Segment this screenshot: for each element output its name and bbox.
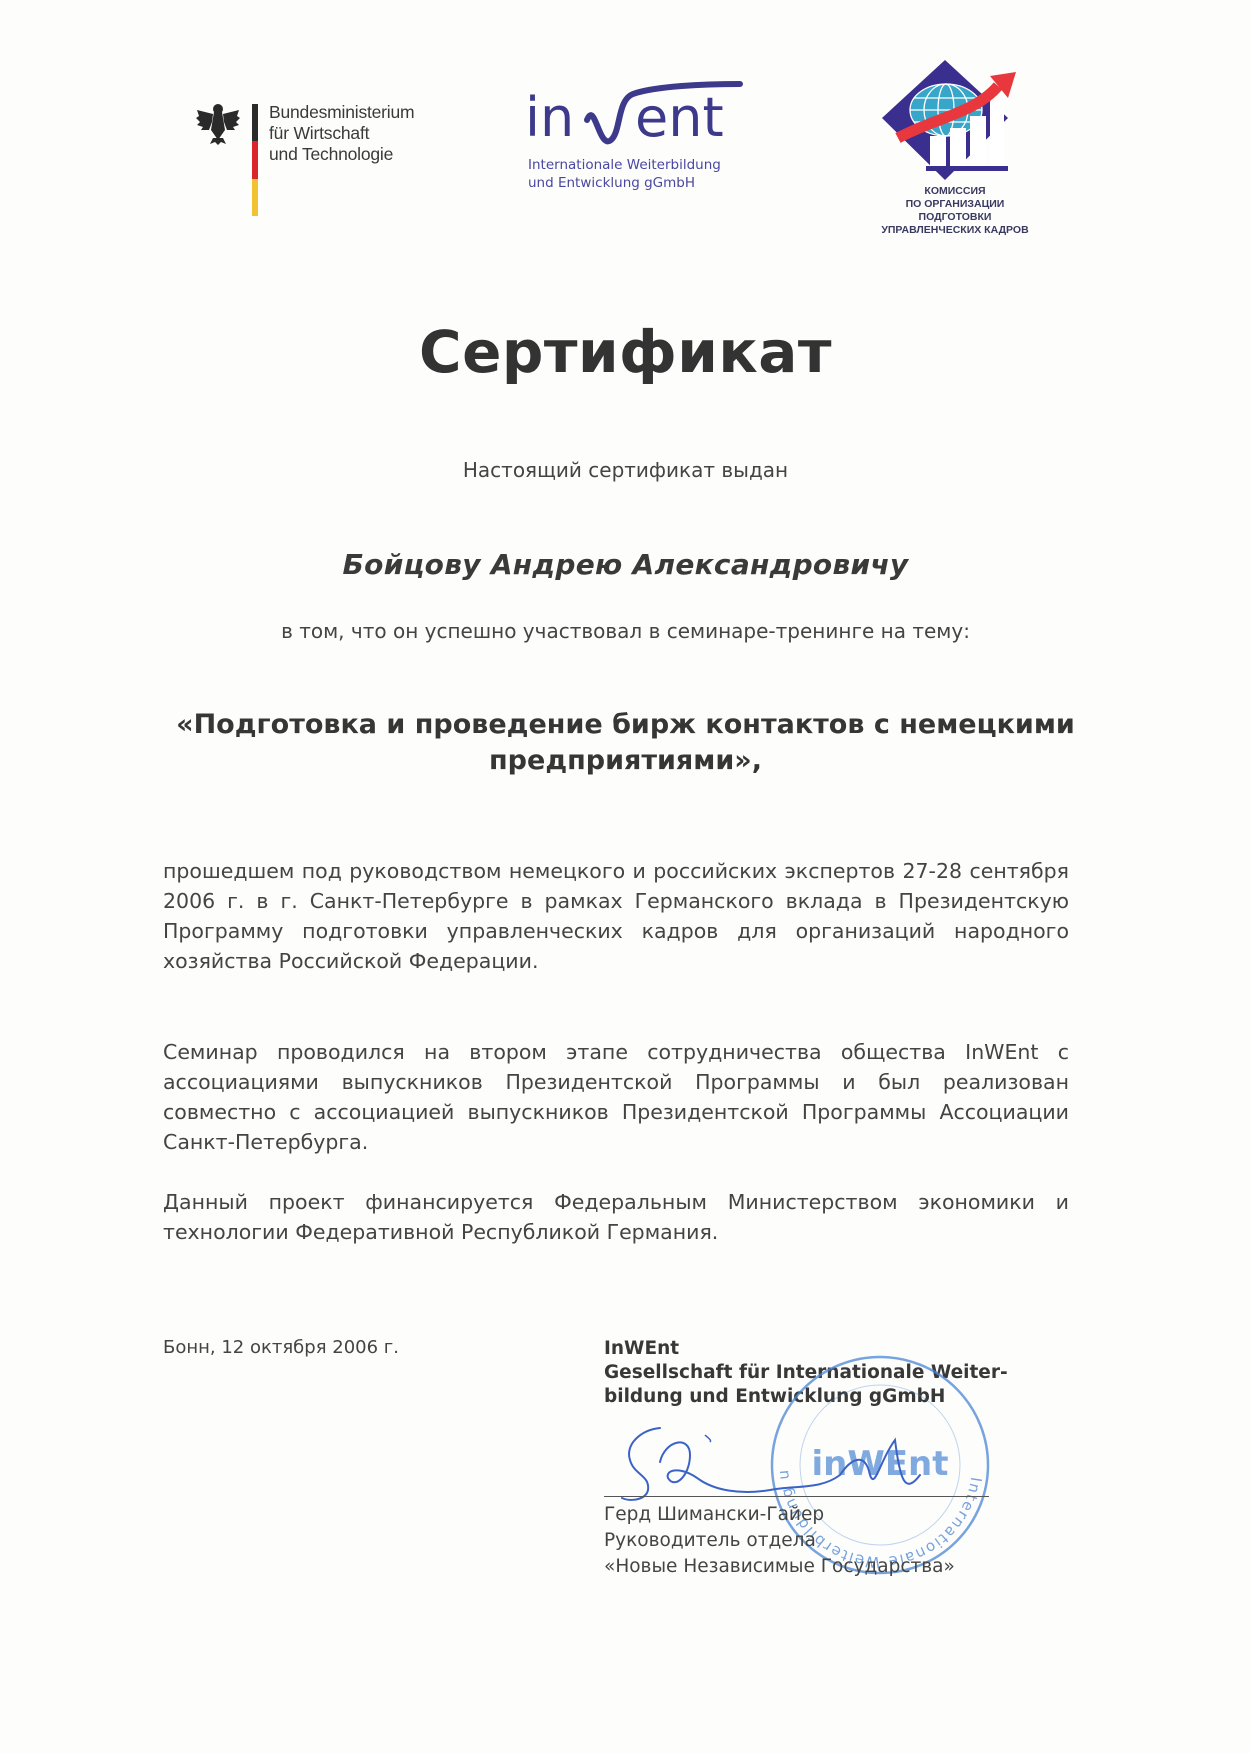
svg-text:inWEnt: inWEnt <box>811 1444 948 1484</box>
paragraph-funding: Данный проект финансируется Федеральным … <box>163 1187 1069 1247</box>
svg-text:in: in <box>525 86 574 149</box>
commission-logo: КОМИССИЯ ПО ОРГАНИЗАЦИИ ПОДГОТОВКИ УПРАВ… <box>850 58 1060 248</box>
signature-line <box>604 1496 989 1497</box>
ministry-logo: Bundesministerium für Wirtschaft und Tec… <box>195 100 435 220</box>
signer-block: Герд Шимански-Гайер Руководитель отдела … <box>604 1502 955 1580</box>
commission-caption: КОМИССИЯ ПО ОРГАНИЗАЦИИ ПОДГОТОВКИ УПРАВ… <box>850 185 1060 237</box>
signature <box>620 1420 990 1505</box>
inwent-subtitle: Internationale Weiterbildung und Entwick… <box>528 156 721 192</box>
recipient-name: Бойцову Андрею Александровичу <box>0 548 1251 581</box>
inwent-wordmark-icon: in ent <box>525 80 765 155</box>
german-flag-bar <box>252 104 258 216</box>
lead-in-text: в том, что он успешно участвовал в семин… <box>0 619 1251 643</box>
paragraph-cooperation: Семинар проводился на втором этапе сотру… <box>163 1037 1069 1157</box>
issued-to-label: Настоящий сертификат выдан <box>0 458 1251 482</box>
svg-text:ent: ent <box>635 86 724 149</box>
eagle-icon <box>195 100 241 146</box>
seminar-topic: «Подготовка и проведение бирж контактов … <box>150 707 1101 779</box>
paragraph-details: прошедшем под руководством немецкого и р… <box>163 856 1069 976</box>
ministry-name: Bundesministerium für Wirtschaft und Tec… <box>269 102 414 165</box>
place-and-date: Бонн, 12 октября 2006 г. <box>163 1337 399 1358</box>
certificate-title: Сертификат <box>0 318 1251 386</box>
issuer-organization: InWEnt Gesellschaft für Internationale W… <box>604 1337 1008 1409</box>
globe-chart-icon <box>880 58 1030 183</box>
inwent-logo: in ent Internationale Weiterbildung und … <box>525 80 765 200</box>
